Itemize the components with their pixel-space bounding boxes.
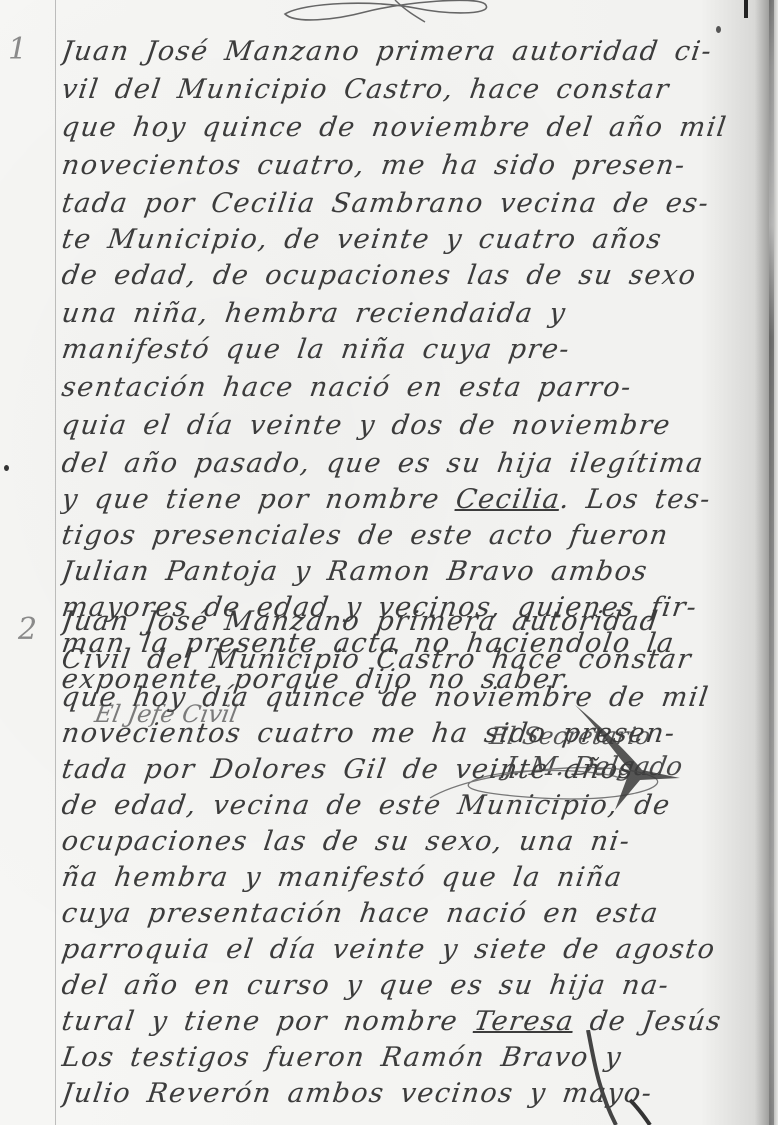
entry-1-line: tigos presenciales de este acto fueron — [60, 520, 762, 551]
entry-number-1: 1 — [8, 32, 27, 67]
entry-1-line-text: y que tiene por nombre — [60, 484, 442, 515]
entry-1-line: del año pasado, que es su hija ilegítima — [60, 448, 762, 479]
top-right-mark — [744, 0, 748, 18]
entry-1-line: una niña, hembra reciendaida y — [60, 298, 762, 329]
entry-2-line: parroquia el día veinte y siete de agost… — [60, 934, 762, 965]
entry-2-line: ocupaciones las de su sexo, una ni- — [60, 826, 762, 857]
entry-1-line: Juan José Manzano primera autoridad ci- — [60, 36, 762, 67]
child-name-2: Teresa — [472, 1006, 576, 1037]
entry-1-line-name: y que tiene por nombre Cecilia. Los tes- — [60, 484, 762, 515]
entry-2-line: cuya presentación hace nació en esta — [60, 898, 762, 929]
binding-edge-shadow — [769, 0, 774, 1125]
ink-stain — [580, 1030, 660, 1125]
entry-2-line-text: tural y tiene por nombre — [60, 1006, 461, 1037]
child-name-1: Cecilia — [454, 484, 563, 515]
entry-1-line: vil del Municipio Castro, hace constar — [60, 74, 762, 105]
registry-page: 1 Juan José Manzano primera autoridad ci… — [0, 0, 778, 1125]
entry-1-line: te Municipio, de veinte y cuatro años — [60, 224, 762, 255]
left-margin-rule — [55, 0, 56, 1125]
entry-1-line: Julian Pantoja y Ramon Bravo ambos — [60, 556, 762, 587]
ink-speck — [4, 465, 9, 471]
entry-1-line: tada por Cecilia Sambrano vecina de es- — [60, 188, 762, 219]
entry-1-line: novecientos cuatro, me ha sido presen- — [60, 150, 762, 181]
entry-1-line-tail: . Los tes- — [558, 484, 713, 515]
entry-2-line: del año en curso y que es su hija na- — [60, 970, 762, 1001]
entry-1-line: sentación hace nació en esta parro- — [60, 372, 762, 403]
entry-1-line: de edad, de ocupaciones las de su sexo — [60, 260, 762, 291]
ink-stain — [570, 700, 690, 820]
entry-2-line: Juan José Manzano primera autoridad — [60, 606, 762, 637]
entry-2-line: Civil del Municipio Castro hace constar — [60, 644, 762, 675]
entry-1-line: que hoy quince de noviembre del año mil — [60, 112, 762, 143]
entry-2-line: ña hembra y manifestó que la niña — [60, 862, 762, 893]
entry-1-line: quia el día veinte y dos de noviembre — [60, 410, 762, 441]
entry-number-2: 2 — [18, 612, 37, 647]
entry-1-line: manifestó que la niña cuya pre- — [60, 334, 762, 365]
header-flourish-icon — [265, 0, 525, 24]
ink-speck — [716, 26, 721, 33]
